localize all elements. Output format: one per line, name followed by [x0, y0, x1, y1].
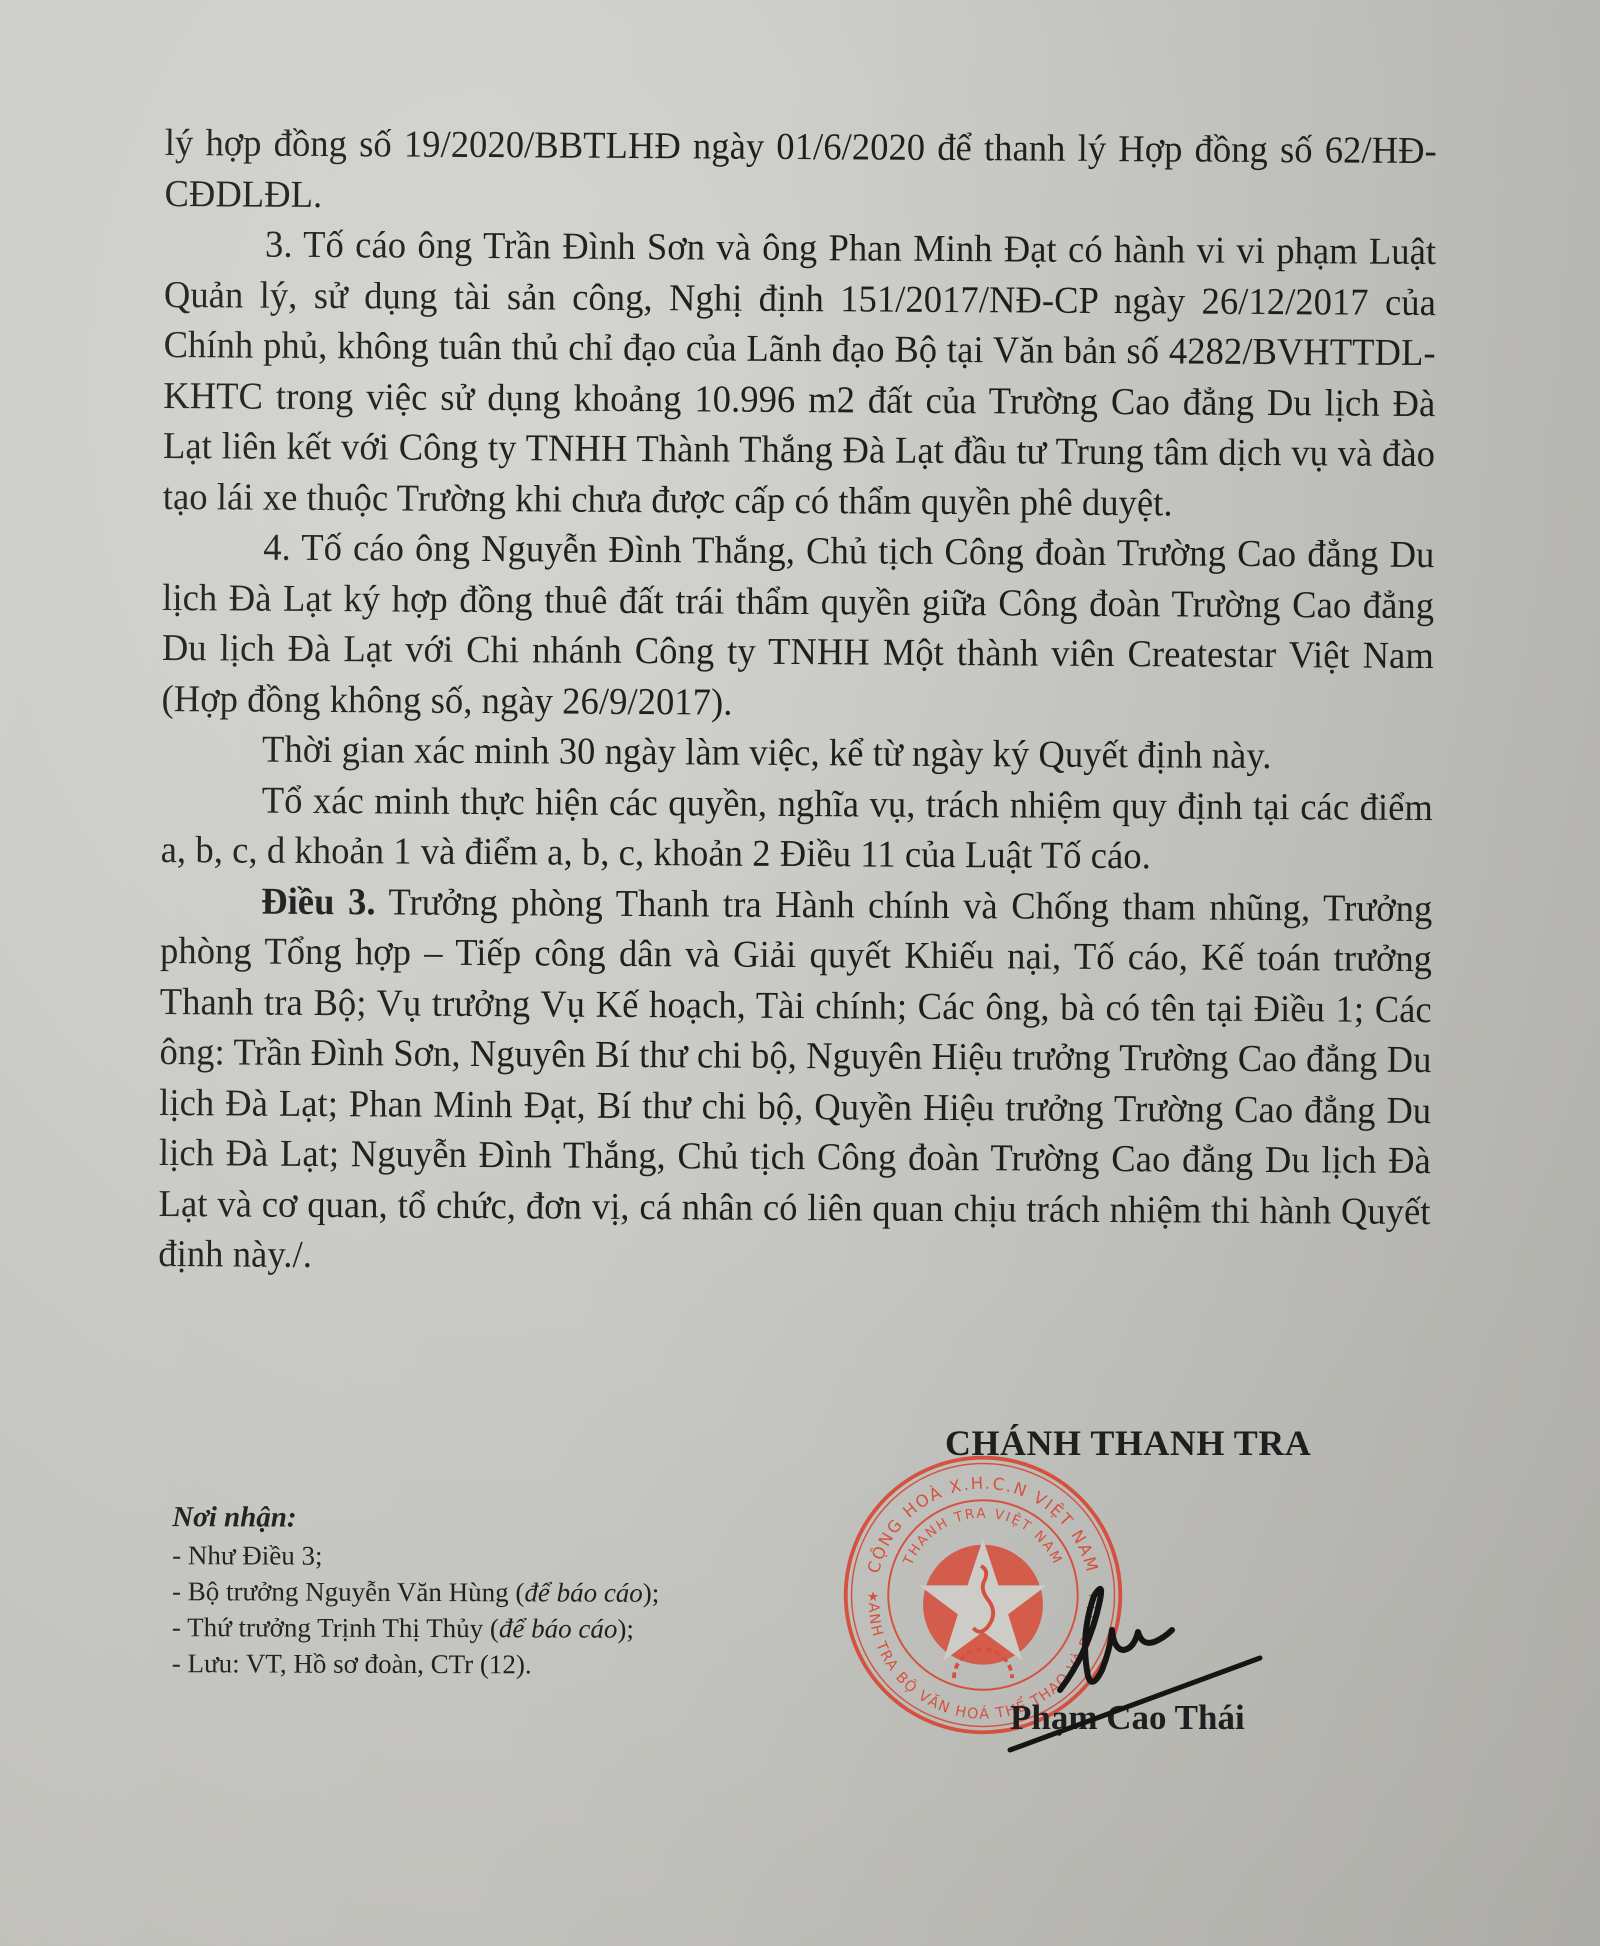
paragraph-continuation: lý hợp đồng số 19/2020/BBTLHĐ ngày 01/6/… [164, 118, 1437, 227]
svg-text:★: ★ [867, 1589, 879, 1604]
signer-title: CHÁNH THANH TRA [945, 1422, 1311, 1464]
paragraph-item-3: 3. Tố cáo ông Trần Đình Sơn và ông Phan … [163, 219, 1437, 530]
scanned-document-page: lý hợp đồng số 19/2020/BBTLHĐ ngày 01/6/… [0, 0, 1600, 1946]
recipient-item: - Như Điều 3; [172, 1537, 659, 1575]
recipients-block: Nơi nhận: - Như Điều 3; - Bộ trưởng Nguy… [172, 1499, 660, 1683]
article-3-text: Trưởng phòng Thanh tra Hành chính và Chố… [158, 881, 1432, 1276]
signature-block: CHÁNH THANH TRA CỘNG HOÀ X.H.C.N VIỆT NA… [830, 1420, 1390, 1760]
recipient-item: - Bộ trưởng Nguyễn Văn Hùng (để báo cáo)… [172, 1573, 659, 1611]
document-body: lý hợp đồng số 19/2020/BBTLHĐ ngày 01/6/… [158, 118, 1437, 1288]
paragraph-article-3: Điều 3. Trưởng phòng Thanh tra Hành chín… [158, 875, 1432, 1287]
paragraph-verification-team: Tổ xác minh thực hiện các quyền, nghĩa v… [161, 774, 1434, 883]
paragraph-item-4: 4. Tố cáo ông Nguyễn Đình Thắng, Chủ tịc… [161, 522, 1434, 732]
paragraph-verification-time: Thời gian xác minh 30 ngày làm việc, kể … [161, 724, 1433, 783]
handwritten-signature-icon [1000, 1540, 1300, 1760]
recipients-heading: Nơi nhận: [172, 1499, 659, 1537]
recipient-item: - Lưu: VT, Hồ sơ đoàn, CTr (12). [172, 1645, 659, 1683]
recipient-item: - Thứ trưởng Trịnh Thị Thủy (để báo cáo)… [172, 1609, 659, 1647]
article-3-label: Điều 3. [261, 880, 376, 923]
